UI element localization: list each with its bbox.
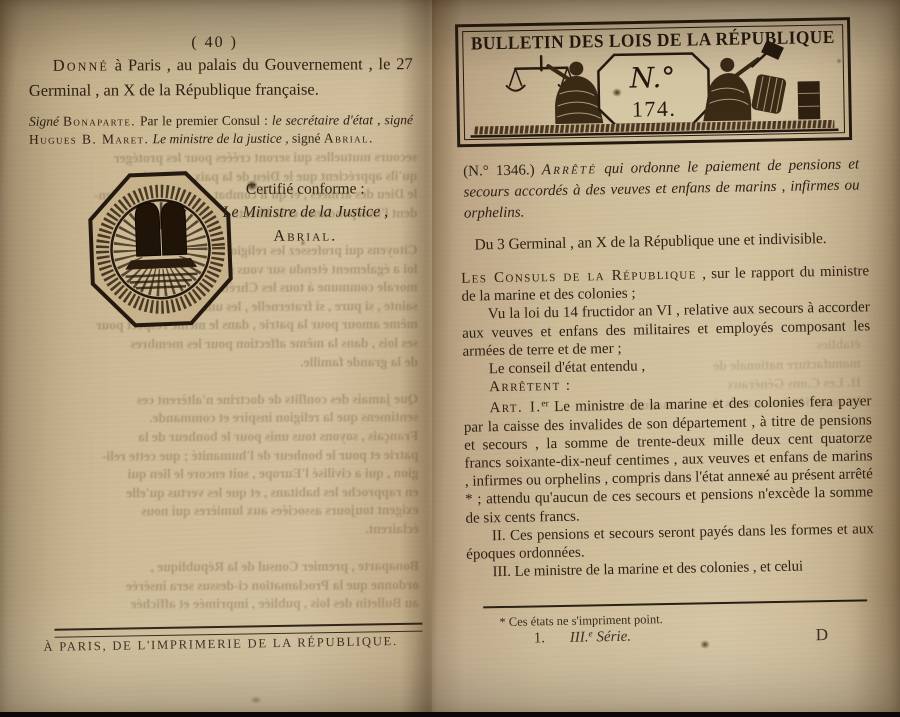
article-1-label: Art. I.	[489, 400, 541, 417]
justice-figure-icon	[506, 55, 603, 125]
vu-paragraph: Vu la loi du 14 fructidor an VI , relati…	[462, 299, 871, 361]
series-main: III.	[570, 629, 589, 645]
issue-number-label: N.°	[628, 61, 675, 95]
article-1: Art. I.er Le ministre de la marine et de…	[463, 390, 873, 528]
left-page: secours mutuelles qui seront créées pour…	[0, 0, 432, 717]
industry-figure-icon	[702, 39, 820, 121]
volume-number: 1.	[534, 630, 546, 647]
left-page-footer: À PARIS, DE L'IMPRIMERIE DE LA RÉPUBLIQU…	[0, 0, 438, 717]
signature-mark: D	[816, 625, 829, 645]
date-line: Du 3 Germinal , an X de la République un…	[474, 230, 826, 254]
act-ref: (N.° 1346.)	[463, 162, 542, 179]
act-keyword: Arrêté	[542, 161, 598, 178]
bulletin-masthead: BULLETIN DES LOIS DE LA RÉPUBLIQUE N.° 1…	[454, 17, 852, 150]
right-page-content: établies manufacture nationale de II. Le…	[426, 0, 900, 717]
issue-number-cartouche: N.° 174.	[598, 53, 709, 125]
series-label: III.e Série.	[570, 629, 632, 647]
arretent-word: Arrêtent :	[489, 378, 572, 396]
series-rest: Série.	[593, 629, 632, 646]
left-page-content: secours mutuelles qui seront créées pour…	[0, 0, 434, 717]
right-page: établies manufacture nationale de II. Le…	[432, 0, 900, 717]
act-heading: (N.° 1346.) Arrêté qui ordonne le paieme…	[463, 154, 860, 224]
photo-bottom-edge	[0, 712, 900, 717]
footnote: * Ces états ne s'impriment point.	[499, 612, 663, 630]
book-scan: secours mutuelles qui seront créées pour…	[0, 0, 900, 717]
act-body: Les Consuls de la République , sur le ra…	[461, 262, 875, 582]
footnote-rule	[483, 599, 867, 608]
issue-number: 174.	[632, 96, 677, 122]
consuls-lead: Les Consuls de la République	[461, 266, 697, 286]
